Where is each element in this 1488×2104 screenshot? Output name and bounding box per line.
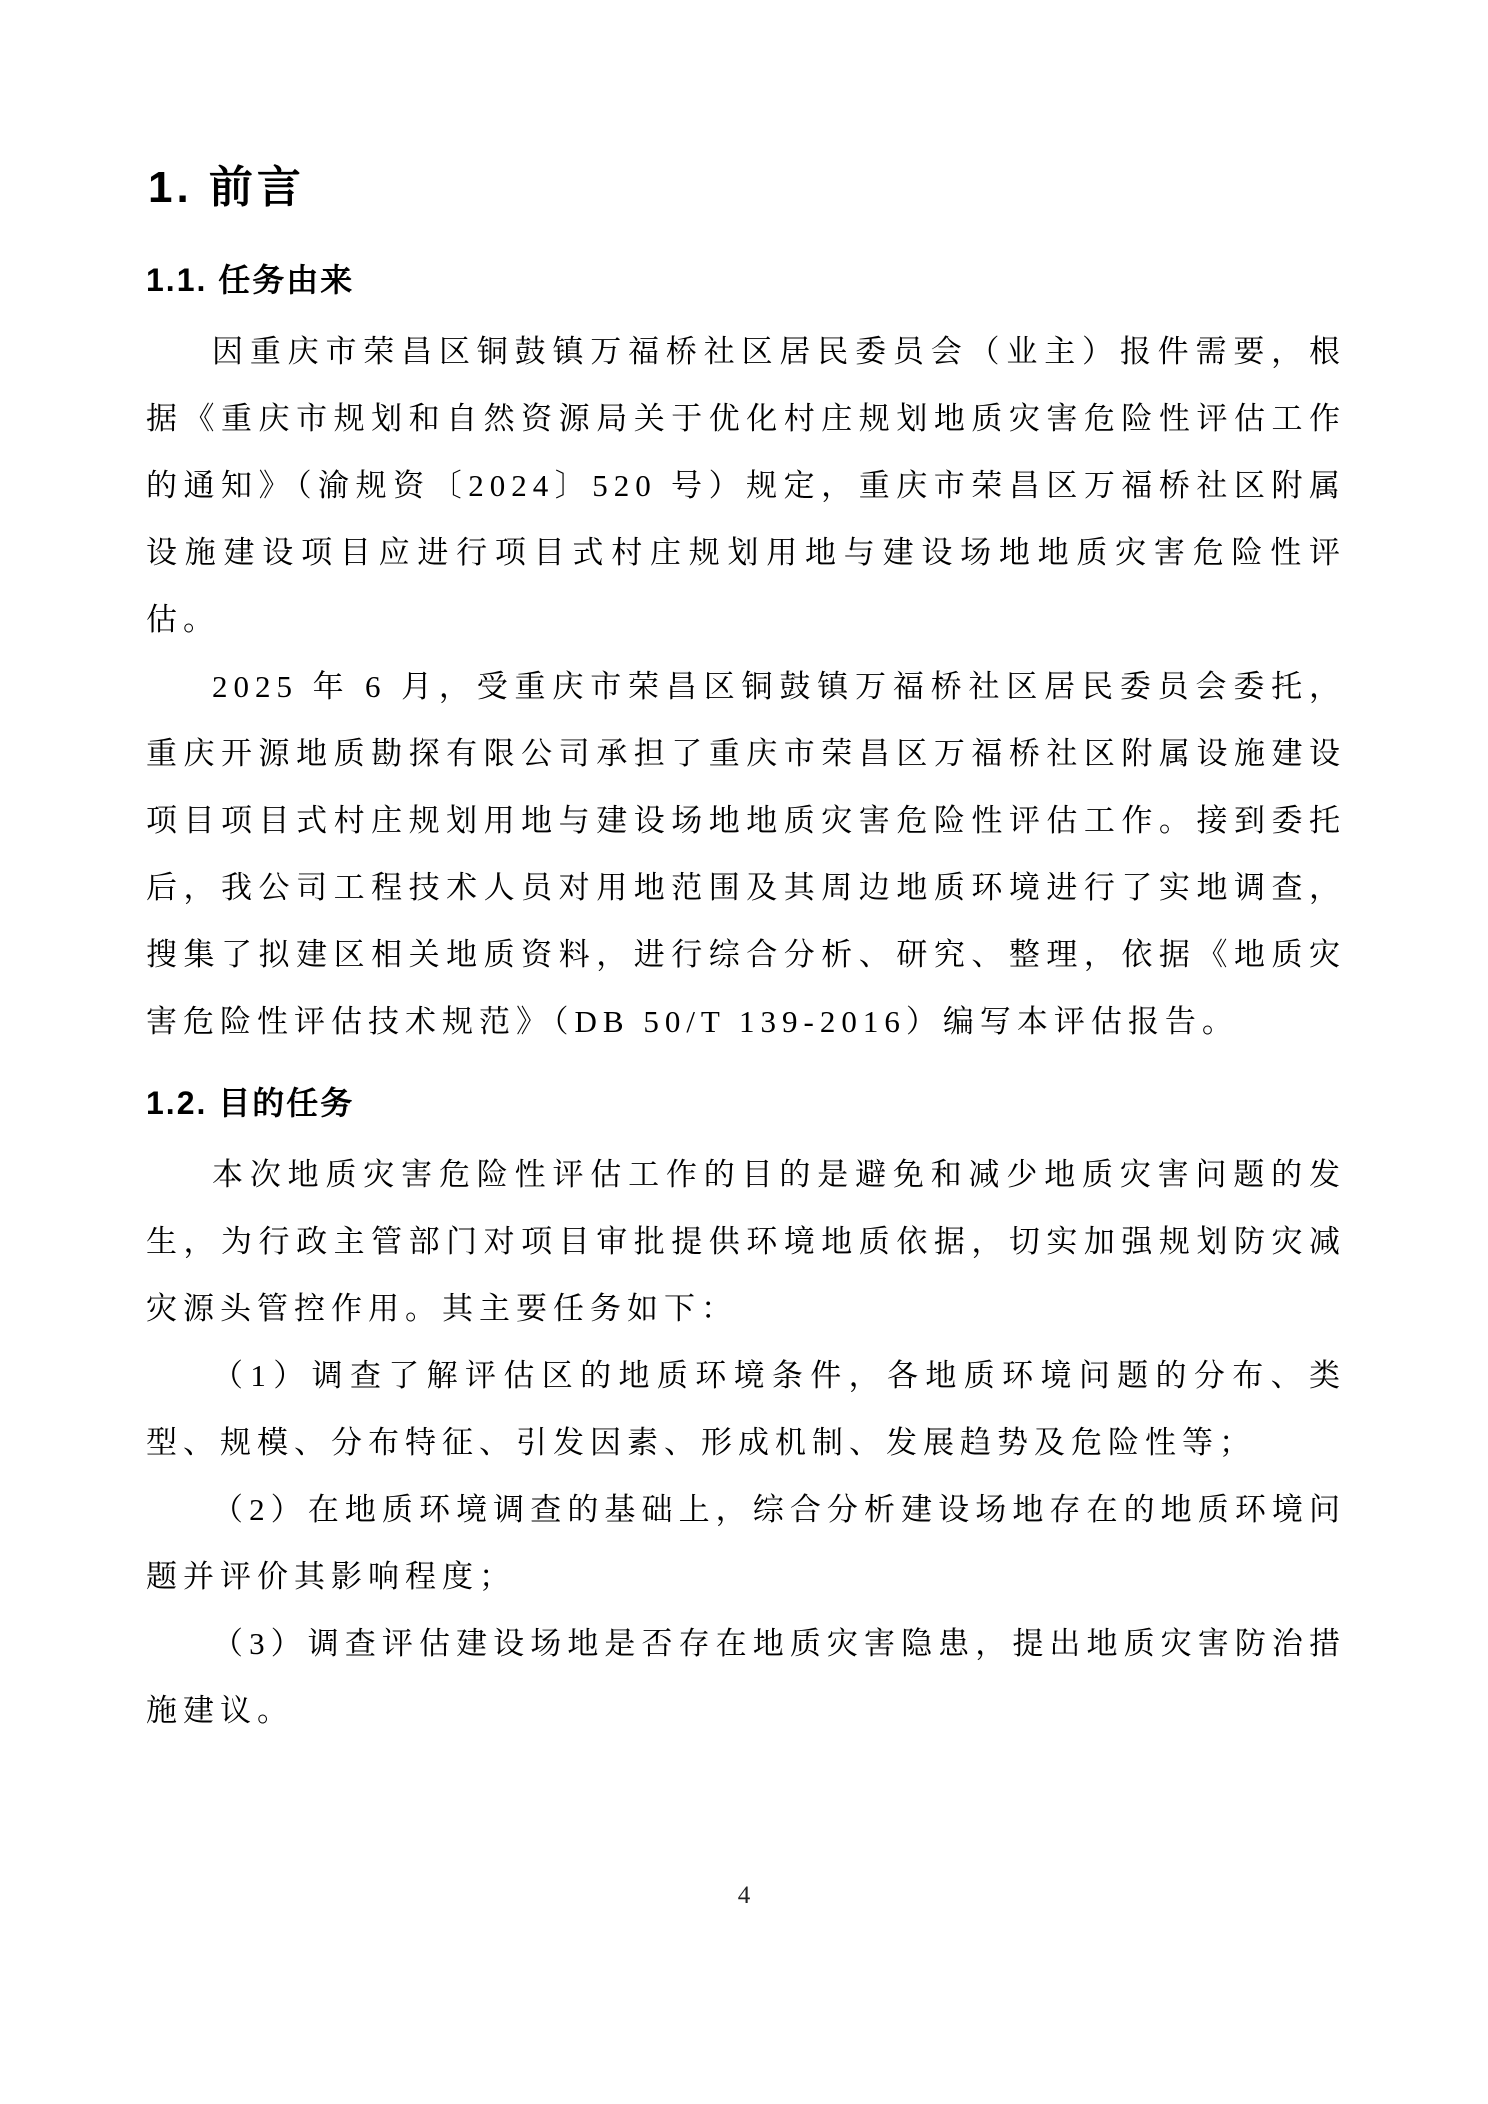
section-heading-1-1: 1.1. 任务由来: [146, 258, 1346, 302]
chapter-heading: 1. 前言: [148, 160, 1346, 216]
task-list-item-1: （1）调查了解评估区的地质环境条件，各地质环境问题的分布、类型、规模、分布特征、…: [146, 1342, 1346, 1476]
section-heading-1-2: 1.2. 目的任务: [146, 1081, 1346, 1125]
page-number: 4: [738, 1882, 751, 1909]
task-list-item-3: （3）调查评估建设场地是否存在地质灾害隐患，提出地质灾害防治措施建议。: [146, 1610, 1346, 1744]
page-content: 1. 前言 1.1. 任务由来 因重庆市荣昌区铜鼓镇万福桥社区居民委员会（业主）…: [146, 0, 1346, 1744]
document-page: 1. 前言 1.1. 任务由来 因重庆市荣昌区铜鼓镇万福桥社区居民委员会（业主）…: [0, 0, 1488, 2104]
page-footer: 4: [0, 1882, 1488, 1910]
task-list-item-2: （2）在地质环境调查的基础上，综合分析建设场地存在的地质环境问题并评价其影响程度…: [146, 1476, 1346, 1610]
paragraph-task-origin-2: 2025 年 6 月，受重庆市荣昌区铜鼓镇万福桥社区居民委员会委托，重庆开源地质…: [146, 653, 1346, 1055]
paragraph-purpose-intro: 本次地质灾害危险性评估工作的目的是避免和减少地质灾害问题的发生，为行政主管部门对…: [146, 1141, 1346, 1342]
paragraph-task-origin-1: 因重庆市荣昌区铜鼓镇万福桥社区居民委员会（业主）报件需要，根据《重庆市规划和自然…: [146, 318, 1346, 653]
